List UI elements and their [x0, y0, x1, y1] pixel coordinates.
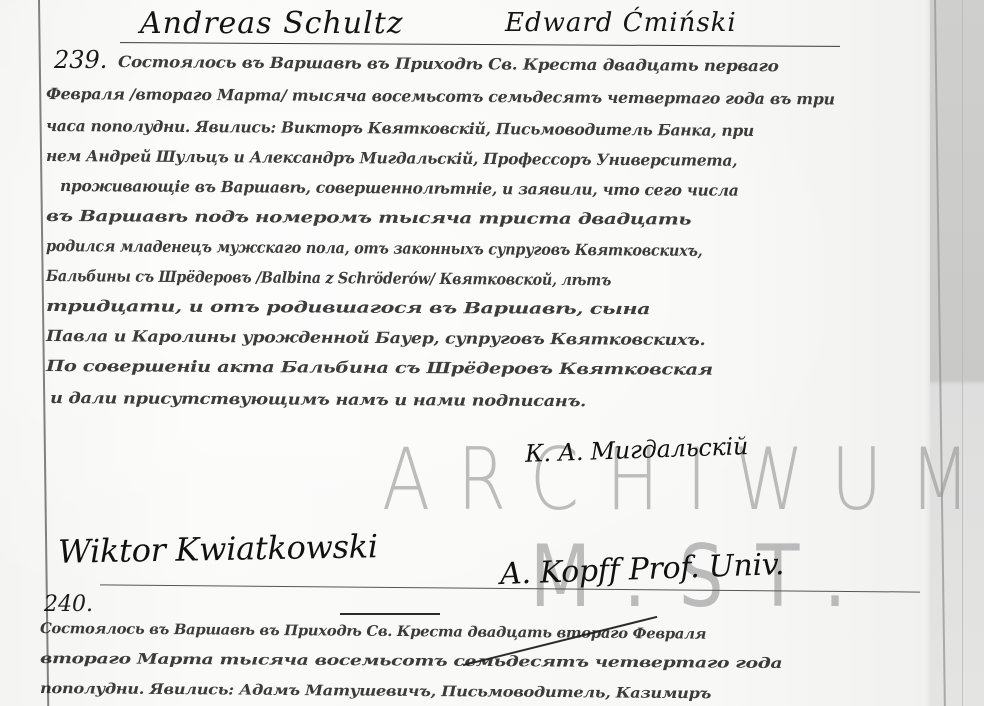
- right-edge-rule: [962, 0, 963, 706]
- record-239-line-6: въ Варшавѣ подъ номеромъ тысяча триста д…: [46, 206, 691, 229]
- witness-signature-wiktor-kwiatkowski: Wiktor Kwiatkowski: [58, 527, 378, 571]
- signature-flourish-underline: [340, 613, 440, 615]
- margin-name-andreas-schultz: Andreas Schultz: [140, 6, 404, 41]
- record-239-line-12: и дали присутствующимъ намъ и нами подпи…: [50, 388, 586, 410]
- record-239-line-11: По совершеніи акта Бальбина съ Шрёдеровъ…: [46, 356, 713, 379]
- record-239-line-10: Павла и Каролины урожденной Бауер, супру…: [46, 326, 705, 349]
- record-number-240: 240.: [44, 592, 93, 617]
- record-239-line-9: тридцати, и отъ родившагося въ Варшавѣ, …: [46, 296, 650, 318]
- margin-name-edward-cminski: Edward Ćmiński: [505, 8, 737, 38]
- record-number-239: 239.: [54, 46, 107, 74]
